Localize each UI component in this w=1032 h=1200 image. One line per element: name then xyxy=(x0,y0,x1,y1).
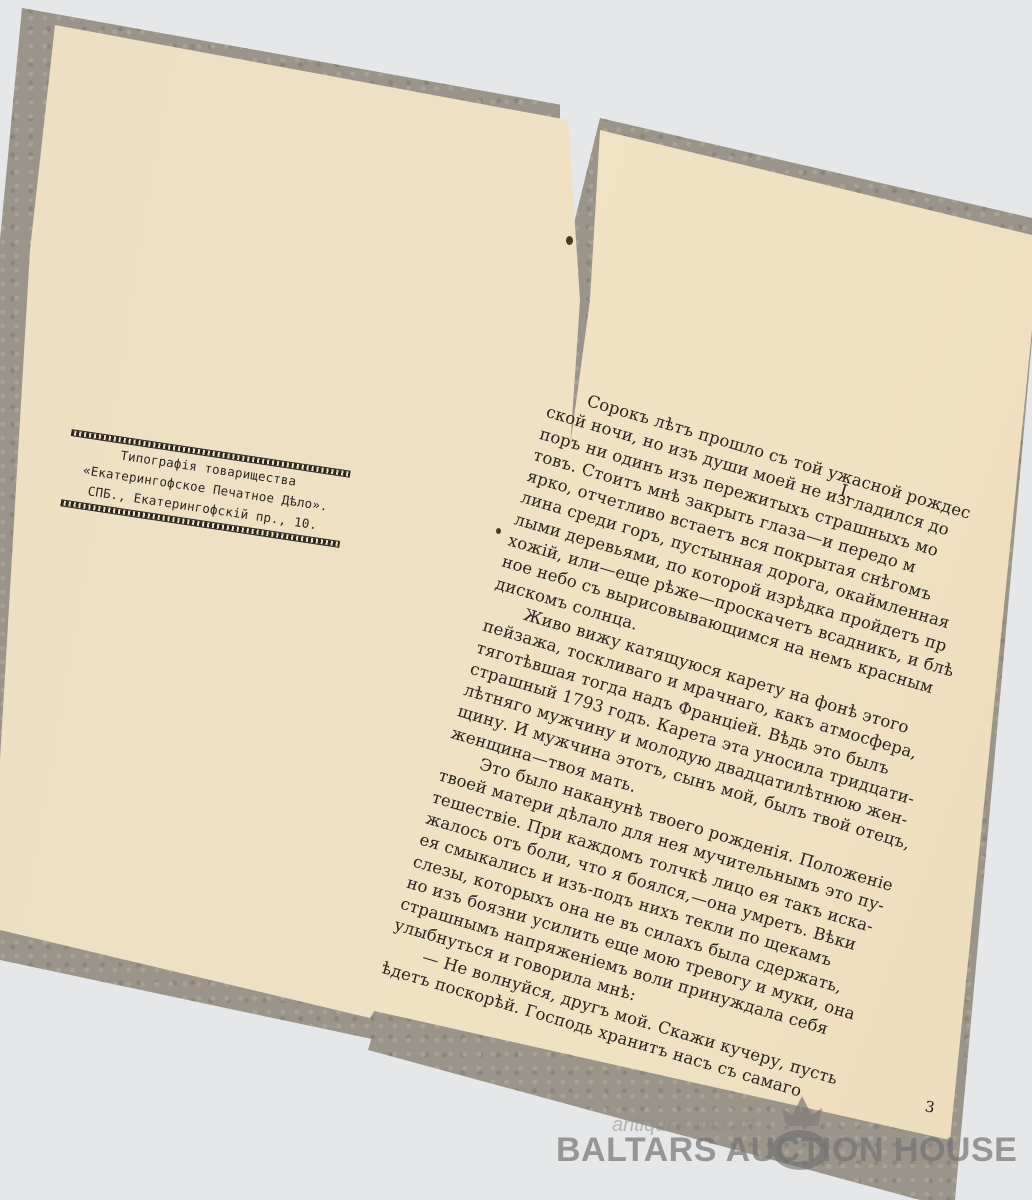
crown-icon xyxy=(782,1096,822,1126)
book-photo: Типографія товарищества «Екатерингофское… xyxy=(0,0,1032,1200)
binding-stitch-icon xyxy=(496,528,501,534)
watermark-brand: BALTARS AUCTION HOUSE xyxy=(556,1131,1017,1170)
watermark-logo: antiques and art BALTARS AUCTION HOUSE xyxy=(560,1096,960,1176)
binding-stitch-icon xyxy=(566,236,573,245)
